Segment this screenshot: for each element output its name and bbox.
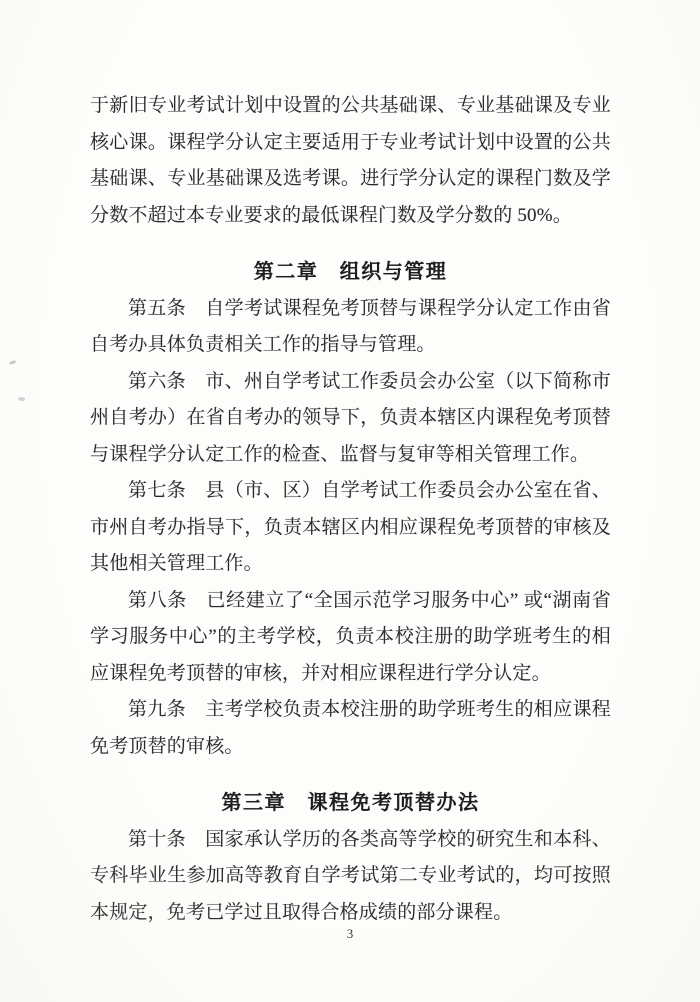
scan-artifact-speck	[18, 396, 26, 401]
chapter-heading: 第三章 课程免考顶替办法	[90, 785, 611, 822]
body-paragraph: 第十条 国家承认学历的各类高等学校的研究生和本科、专科毕业生参加高等教育自学考试…	[90, 822, 611, 932]
page-number: 3	[0, 926, 700, 942]
body-paragraph: 第五条 自学考试课程免考顶替与课程学分认定工作由省自考办具体负责相关工作的指导与…	[90, 291, 611, 364]
body-paragraph: 第九条 主考学校负责本校注册的助学班考生的相应课程免考顶替的审核。	[90, 692, 611, 765]
document-content: 于新旧专业考试计划中设置的公共基础课、专业基础课及专业核心课。课程学分认定主要适…	[90, 88, 611, 931]
body-paragraph: 于新旧专业考试计划中设置的公共基础课、专业基础课及专业核心课。课程学分认定主要适…	[90, 88, 611, 234]
scan-artifact-speck	[9, 360, 17, 365]
body-paragraph: 第八条 已经建立了“全国示范学习服务中心” 或“湖南省学习服务中心”的主考学校，…	[90, 583, 611, 693]
body-paragraph: 第七条 县（市、区）自学考试工作委员会办公室在省、市州自考办指导下，负责本辖区内…	[90, 473, 611, 583]
scanned-document-page: 于新旧专业考试计划中设置的公共基础课、专业基础课及专业核心课。课程学分认定主要适…	[0, 0, 700, 1002]
chapter-heading: 第二章 组织与管理	[90, 254, 611, 291]
body-paragraph: 第六条 市、州自学考试工作委员会办公室（以下简称市州自考办）在省自考办的领导下，…	[90, 364, 611, 474]
